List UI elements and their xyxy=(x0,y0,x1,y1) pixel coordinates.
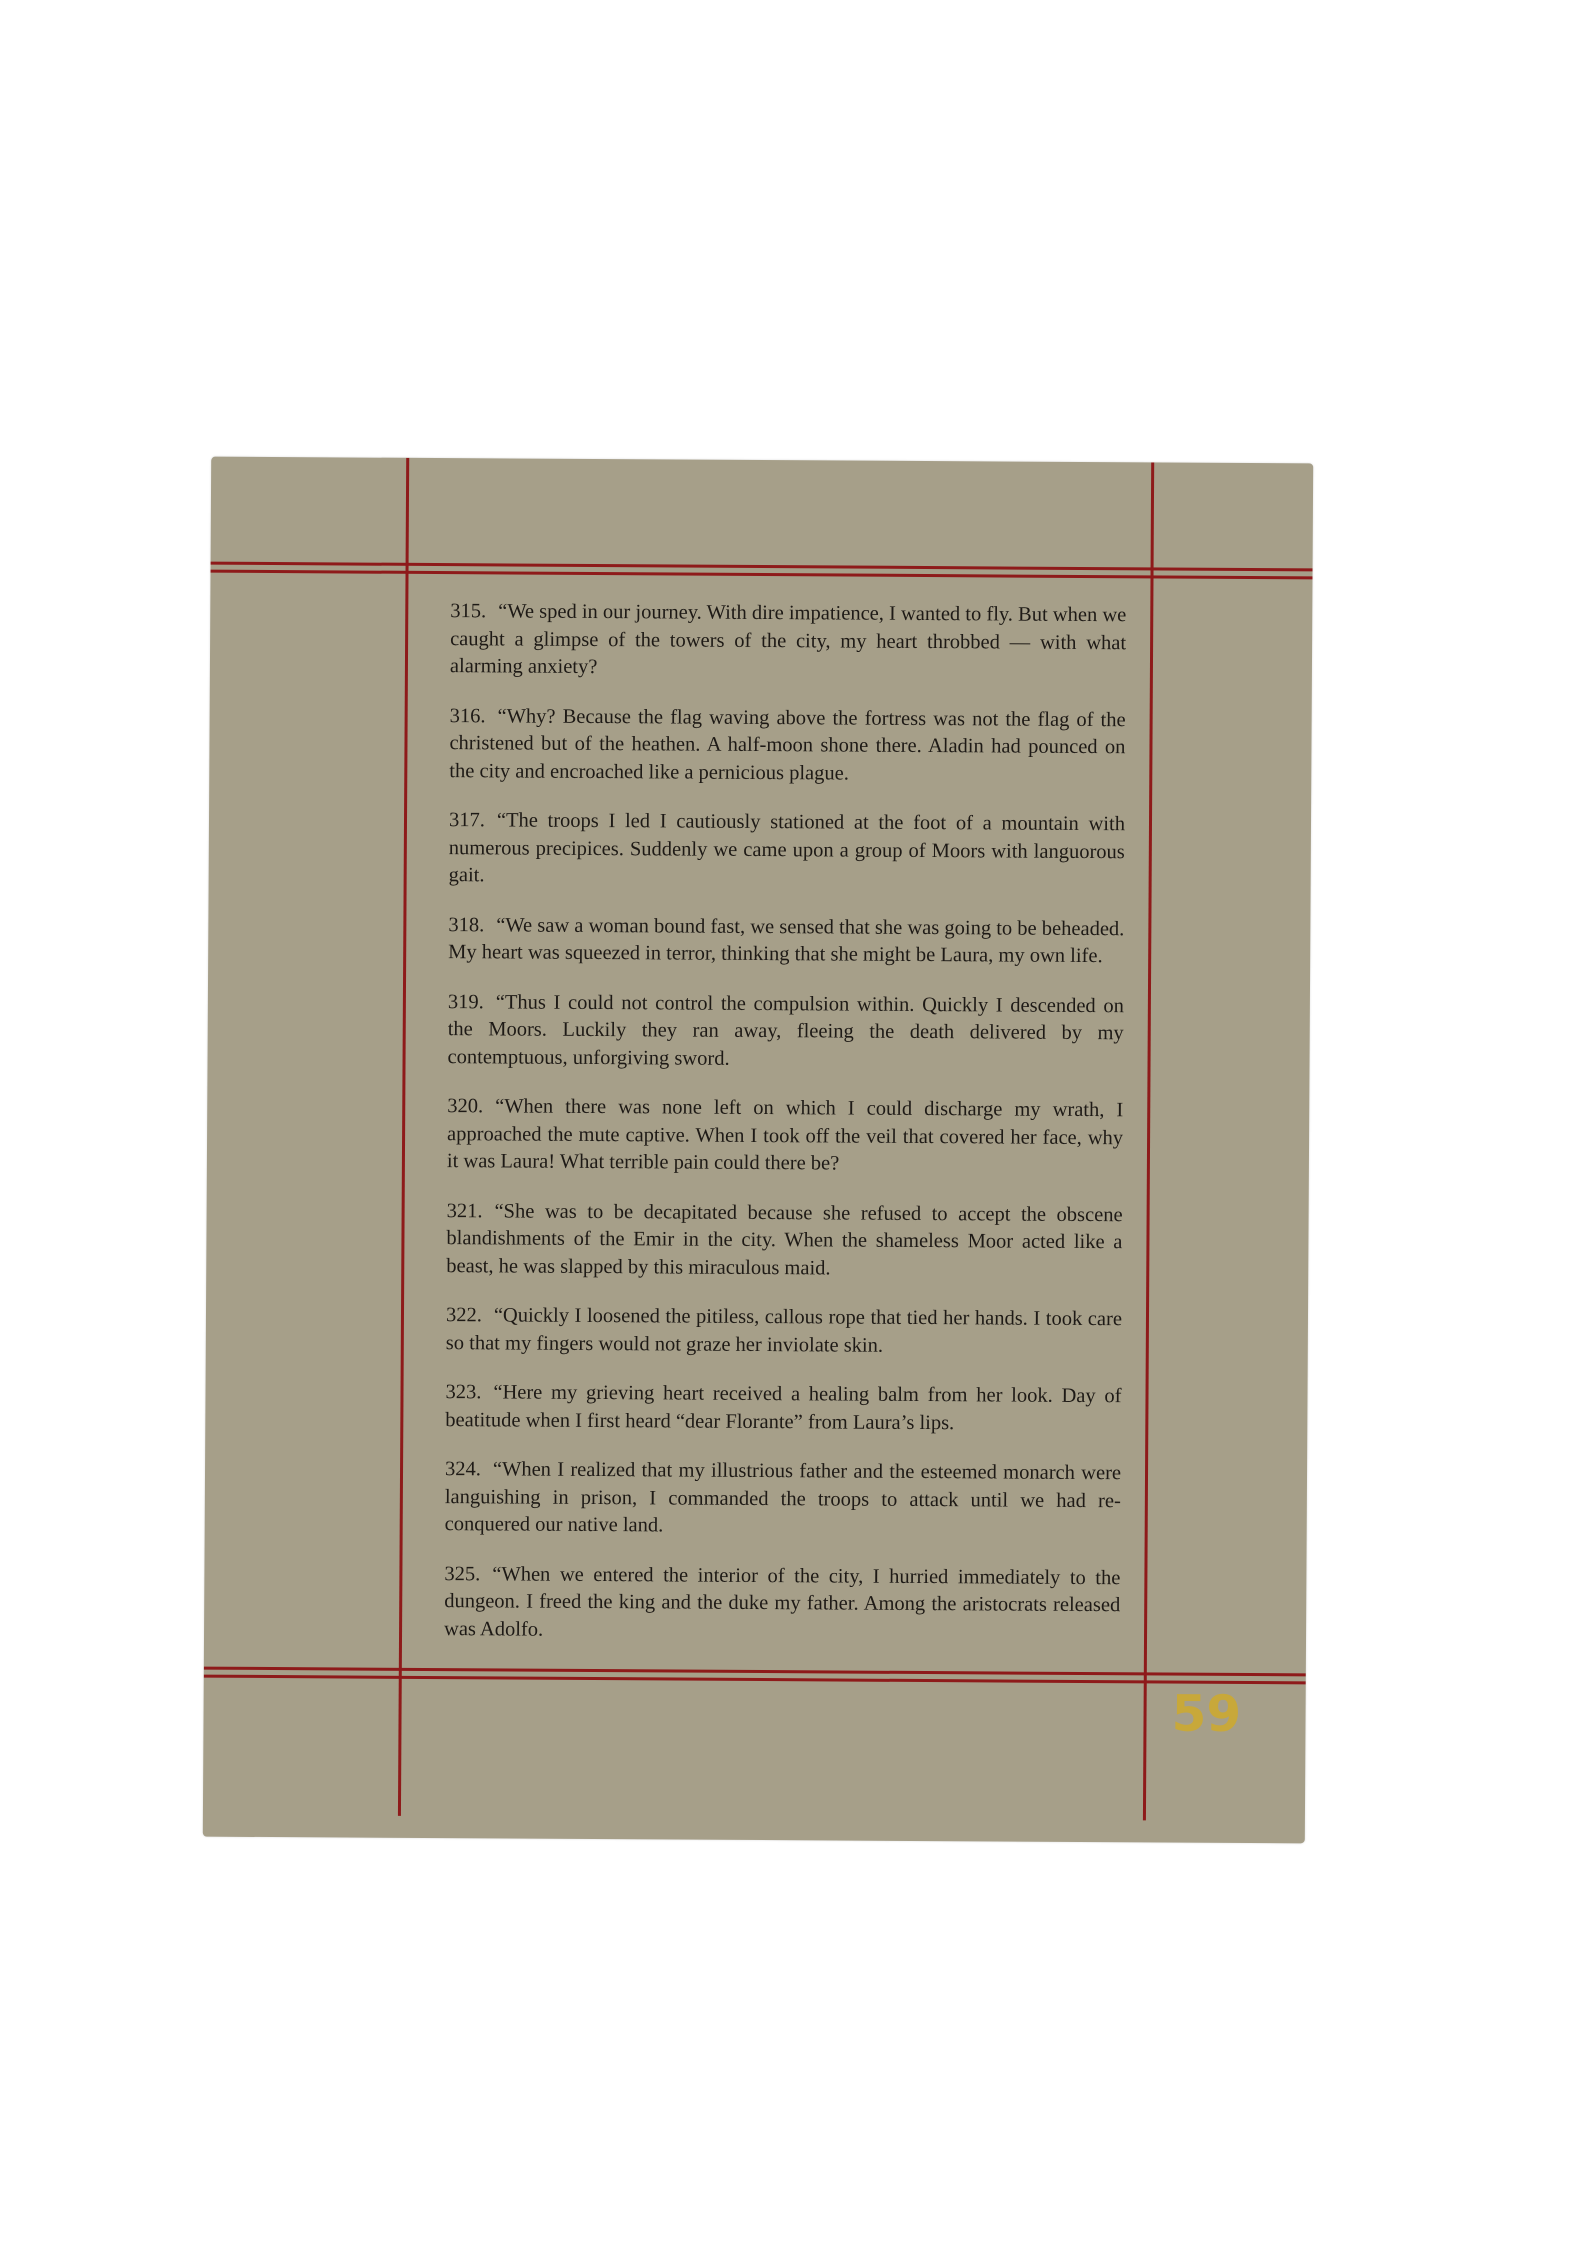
stanza: 320.“When there was none left on which I… xyxy=(447,1093,1123,1180)
stanza-number: 325. xyxy=(444,1563,480,1585)
stanza-number: 321. xyxy=(447,1200,483,1222)
stanza: 318.“We saw a woman bound fast, we sense… xyxy=(448,912,1124,971)
stanza-text: “Why? Because the flag waving above the … xyxy=(449,705,1125,784)
stanza-text: “She was to be decapitated because she r… xyxy=(446,1200,1122,1279)
right-margin-rule xyxy=(1143,462,1154,1820)
stanza-text: “The troops I led I cautiously stationed… xyxy=(449,809,1125,886)
stanza: 321.“She was to be decapitated because s… xyxy=(446,1198,1122,1285)
stanza-number: 324. xyxy=(445,1458,481,1480)
stanza-number: 323. xyxy=(445,1381,481,1403)
stanza-number: 320. xyxy=(447,1095,483,1117)
stanza-number: 319. xyxy=(448,991,484,1013)
stanza-text: “We sped in our journey. With dire impat… xyxy=(450,600,1126,678)
stanza: 319.“Thus I could not control the compul… xyxy=(447,989,1123,1076)
stanza: 315.“We sped in our journey. With dire i… xyxy=(450,598,1126,685)
stanza-text: “When I realized that my illustrious fat… xyxy=(445,1458,1121,1536)
stanza: 325.“When we entered the interior of the… xyxy=(444,1561,1120,1648)
stanza: 324.“When I realized that my illustrious… xyxy=(445,1456,1121,1543)
stanza: 323.“Here my grieving heart received a h… xyxy=(445,1379,1121,1438)
stanza-text: “When there was none left on which I cou… xyxy=(447,1095,1123,1174)
stanza-text: “Thus I could not control the compulsion… xyxy=(447,991,1123,1069)
stanza: 317.“The troops I led I cautiously stati… xyxy=(449,807,1125,894)
page-number: 59 xyxy=(1171,1685,1241,1743)
stanza-text: “Quickly I loosened the pitiless, callou… xyxy=(446,1304,1122,1356)
stanza: 322.“Quickly I loosened the pitiless, ca… xyxy=(446,1302,1122,1361)
stanza-text: “Here my grieving heart received a heali… xyxy=(445,1381,1121,1433)
stanza-number: 322. xyxy=(446,1304,482,1326)
stanza-text: “We saw a woman bound fast, we sensed th… xyxy=(448,914,1124,967)
stanza-number: 315. xyxy=(450,600,486,622)
stanza-text: “When we entered the interior of the cit… xyxy=(444,1563,1120,1640)
left-margin-rule xyxy=(398,458,409,1816)
book-page: 315.“We sped in our journey. With dire i… xyxy=(203,457,1313,1844)
poem-text-block: 315.“We sped in our journey. With dire i… xyxy=(444,598,1127,1669)
stanza-number: 316. xyxy=(450,705,486,727)
bottom-rule-inner xyxy=(204,1675,1306,1685)
stanza: 316.“Why? Because the flag waving above … xyxy=(449,703,1125,790)
stanza-number: 317. xyxy=(449,809,485,831)
stanza-number: 318. xyxy=(448,914,484,936)
top-rule-inner xyxy=(211,570,1313,580)
